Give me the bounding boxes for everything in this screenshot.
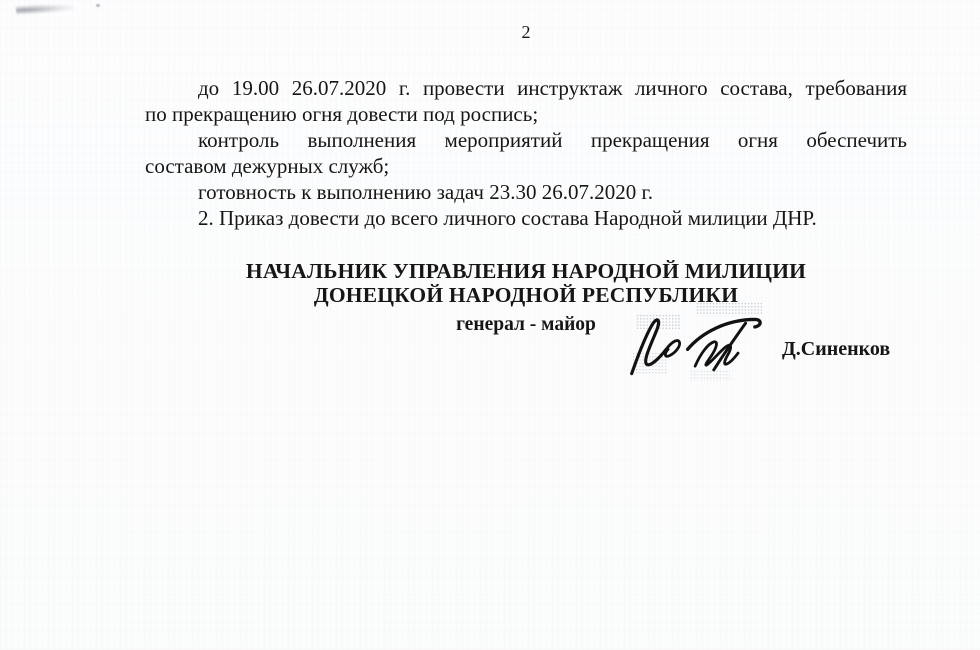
signatory-title-line-2: ДОНЕЦКОЙ НАРОДНОЙ РЕСПУБЛИКИ — [145, 283, 907, 307]
scan-dot-artifact — [96, 4, 100, 7]
page-number: 2 — [145, 22, 907, 42]
body-line: по прекращению огня довести под роспись; — [145, 101, 907, 127]
scanned-document-page: 2 до 19.00 26.07.2020 г. провести инстру… — [0, 0, 980, 650]
body-line: 2. Приказ довести до всего личного соста… — [145, 205, 907, 231]
order-body-text: до 19.00 26.07.2020 г. провести инструкт… — [145, 75, 907, 231]
scan-smudge-artifact — [16, 2, 74, 14]
signatory-title-block: НАЧАЛЬНИК УПРАВЛЕНИЯ НАРОДНОЙ МИЛИЦИИ ДО… — [145, 259, 907, 335]
body-line: составом дежурных служб; — [145, 153, 907, 179]
signatory-name: Д.Синенков — [782, 338, 890, 360]
signature-handwriting-icon — [622, 312, 772, 382]
body-line: до 19.00 26.07.2020 г. провести инструкт… — [145, 75, 907, 101]
signatory-title-line-1: НАЧАЛЬНИК УПРАВЛЕНИЯ НАРОДНОЙ МИЛИЦИИ — [145, 259, 907, 283]
signatory-rank: генерал - майор — [145, 314, 907, 335]
body-line: готовность к выполнению задач 23.30 26.0… — [145, 179, 907, 205]
body-line: контроль выполнения мероприятий прекраще… — [145, 127, 907, 153]
